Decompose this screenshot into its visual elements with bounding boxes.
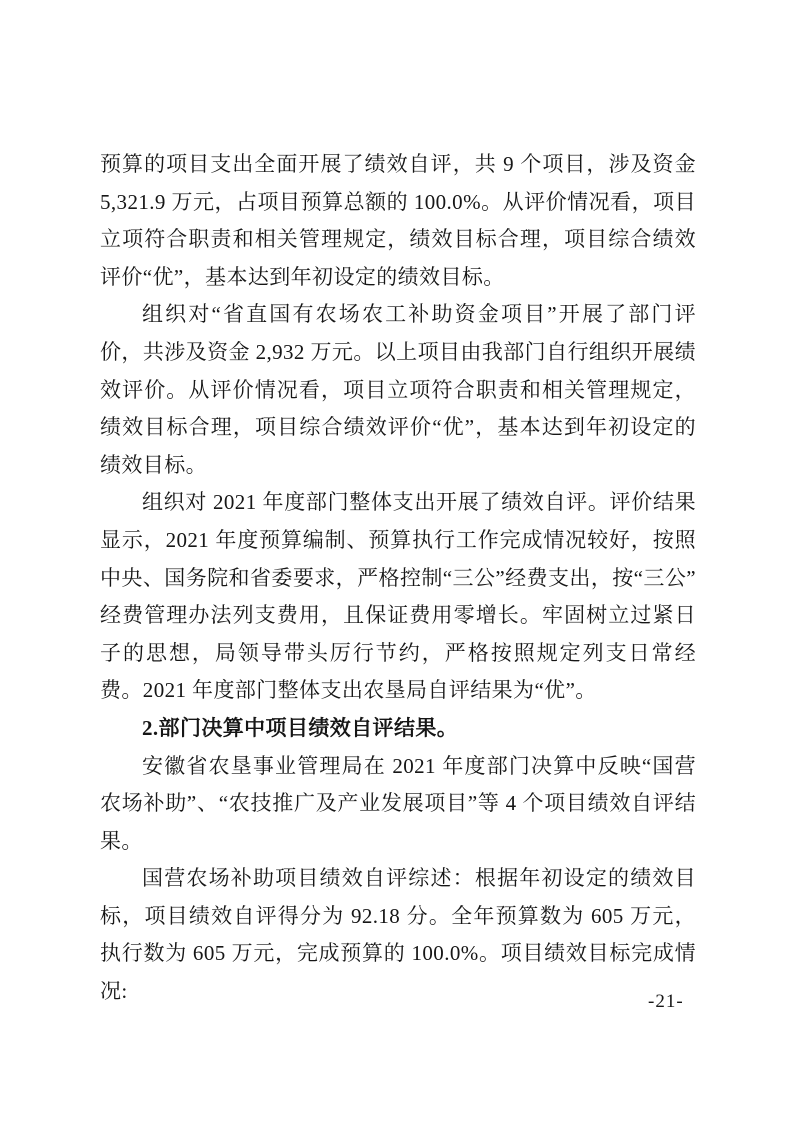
document-page: 预算的项目支出全面开展了绩效自评，共 9 个项目，涉及资金 5,321.9 万元… [0, 0, 794, 1123]
paragraph-overall-expenditure-evaluation: 组织对 2021 年度部门整体支出开展了绩效自评。评价结果显示，2021 年度预… [100, 484, 696, 710]
paragraph-department-evaluation: 组织对“省直国有农场农工补助资金项目”开展了部门评价，共涉及资金 2,932 万… [100, 296, 696, 484]
paragraph-project-self-evaluation: 预算的项目支出全面开展了绩效自评，共 9 个项目，涉及资金 5,321.9 万元… [100, 146, 696, 296]
paragraph-final-accounts-projects: 安徽省农垦事业管理局在 2021 年度部门决算中反映“国营农场补助”、“农技推广… [100, 748, 696, 861]
page-number: -21- [648, 991, 684, 1013]
paragraph-state-farm-subsidy-summary: 国营农场补助项目绩效自评综述：根据年初设定的绩效目标，项目绩效自评得分为 92.… [100, 860, 696, 1010]
document-body: 预算的项目支出全面开展了绩效自评，共 9 个项目，涉及资金 5,321.9 万元… [100, 146, 696, 1011]
section-heading-project-results: 2.部门决算中项目绩效自评结果。 [100, 710, 696, 748]
